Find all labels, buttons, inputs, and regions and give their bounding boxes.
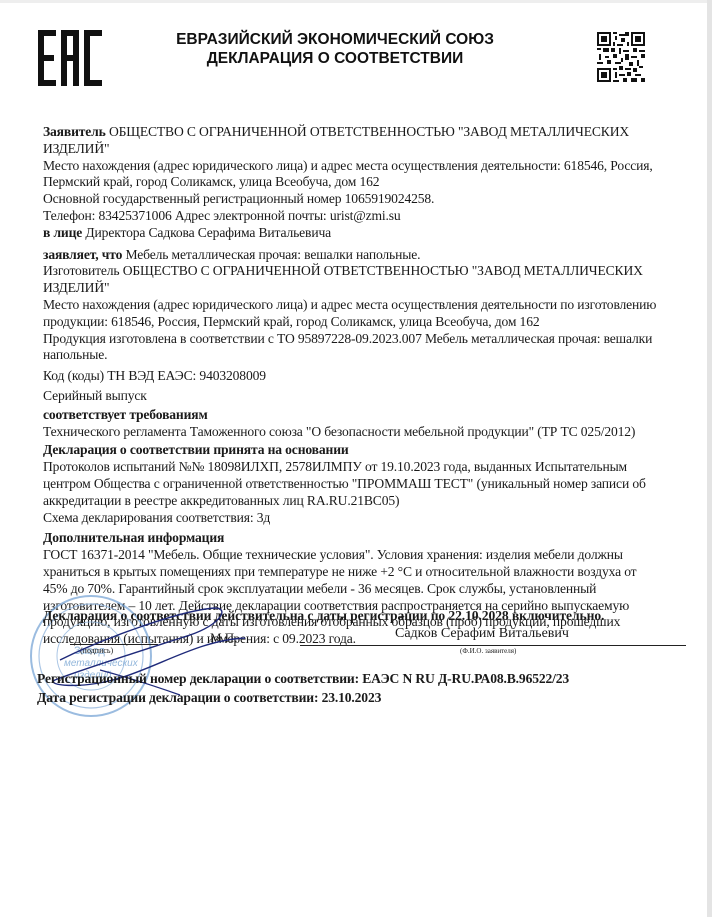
basis-text-2: центром Общества с ограниченной ответств… [43, 476, 683, 493]
page-right-edge [707, 0, 712, 917]
applicant-address-cont: Пермский край, город Соликамск, улица Вс… [43, 174, 683, 191]
basis-label: Декларация о соответствии принята на осн… [43, 442, 683, 459]
eac-logo-icon [38, 30, 102, 86]
manufacturer-address: Место нахождения (адрес юридического лиц… [43, 297, 683, 314]
release-type: Серийный выпуск [43, 388, 683, 405]
applicant-label: Заявитель [43, 124, 106, 139]
manufacturer-section: Изготовитель ОБЩЕСТВО С ОГРАНИЧЕННОЙ ОТВ… [43, 263, 683, 364]
declares-label: заявляет, что [43, 247, 122, 262]
additional-info-label: Дополнительная информация [43, 530, 683, 547]
registration-number: Регистрационный номер декларации о соотв… [37, 671, 569, 687]
additional-info-text: ГОСТ 16371-2014 "Мебель. Общие техническ… [43, 547, 683, 564]
applicant-name: ОБЩЕСТВО С ОГРАНИЧЕННОЙ ОТВЕТСТВЕННОСТЬЮ… [109, 124, 629, 139]
applicant-address: Место нахождения (адрес юридического лиц… [43, 158, 683, 175]
document-header: ЕВРАЗИЙСКИЙ ЭКОНОМИЧЕСКИЙ СОЮЗ ДЕКЛАРАЦИ… [170, 30, 500, 68]
represented-label: в лице [43, 225, 82, 240]
declaration-page: ЕВРАЗИЙСКИЙ ЭКОНОМИЧЕСКИЙ СОЮЗ ДЕКЛАРАЦИ… [0, 0, 707, 917]
product-spec: Продукция изготовлена в соответствии с Т… [43, 331, 683, 348]
basis-section: Декларация о соответствии принята на осн… [43, 442, 683, 526]
product-info-section: Код (коды) ТН ВЭД ЕАЭС: 9403208009 Серий… [43, 368, 683, 405]
name-line [300, 645, 686, 646]
product-spec-cont: напольные. [43, 347, 683, 364]
compliance-regulation: Технического регламента Таможенного союз… [43, 424, 683, 441]
declared-product: Мебель металлическая прочая: вешалки нап… [126, 247, 421, 262]
signatory-name: Садков Серафим Витальевич [395, 626, 569, 642]
page-top-edge [0, 0, 712, 3]
additional-info-text-2: храниться в крытых помещениях при темпер… [43, 564, 683, 581]
compliance-label: соответствует требованиям [43, 407, 683, 424]
manufacturer-address-cont: продукции: 618546, Россия, Пермский край… [43, 314, 683, 331]
declares-section: заявляет, что Мебель металлическая проча… [43, 247, 683, 264]
basis-text-3: аккредитации в реестре аккредитованных л… [43, 493, 683, 510]
hs-code: Код (коды) ТН ВЭД ЕАЭС: 9403208009 [43, 368, 683, 385]
union-title: ЕВРАЗИЙСКИЙ ЭКОНОМИЧЕСКИЙ СОЮЗ [170, 30, 500, 49]
represented-by: Директора Садкова Серафима Витальевича [85, 225, 331, 240]
applicant-ogrn: Основной государственный регистрационный… [43, 191, 683, 208]
compliance-section: соответствует требованиям Технического р… [43, 407, 683, 441]
declaration-body: Заявитель ОБЩЕСТВО С ОГРАНИЧЕННОЙ ОТВЕТС… [43, 124, 683, 648]
qr-code-icon[interactable] [597, 32, 645, 82]
registration-date: Дата регистрации декларации о соответств… [37, 690, 381, 706]
document-title: ДЕКЛАРАЦИЯ О СООТВЕТСТВИИ [170, 49, 500, 68]
basis-text: Протоколов испытаний №№ 18098ИЛХП, 2578И… [43, 459, 683, 476]
manufacturer-name: Изготовитель ОБЩЕСТВО С ОГРАНИЧЕННОЙ ОТВ… [43, 263, 683, 280]
name-caption: (Ф.И.О. заявителя) [460, 647, 516, 655]
applicant-section: Заявитель ОБЩЕСТВО С ОГРАНИЧЕННОЙ ОТВЕТС… [43, 124, 683, 242]
declaration-scheme: Схема декларирования соответствия: 3д [43, 510, 683, 527]
applicant-name-cont: ИЗДЕЛИЙ" [43, 141, 683, 158]
manufacturer-name-cont: ИЗДЕЛИЙ" [43, 280, 683, 297]
applicant-contacts: Телефон: 83425371006 Адрес электронной п… [43, 208, 683, 225]
